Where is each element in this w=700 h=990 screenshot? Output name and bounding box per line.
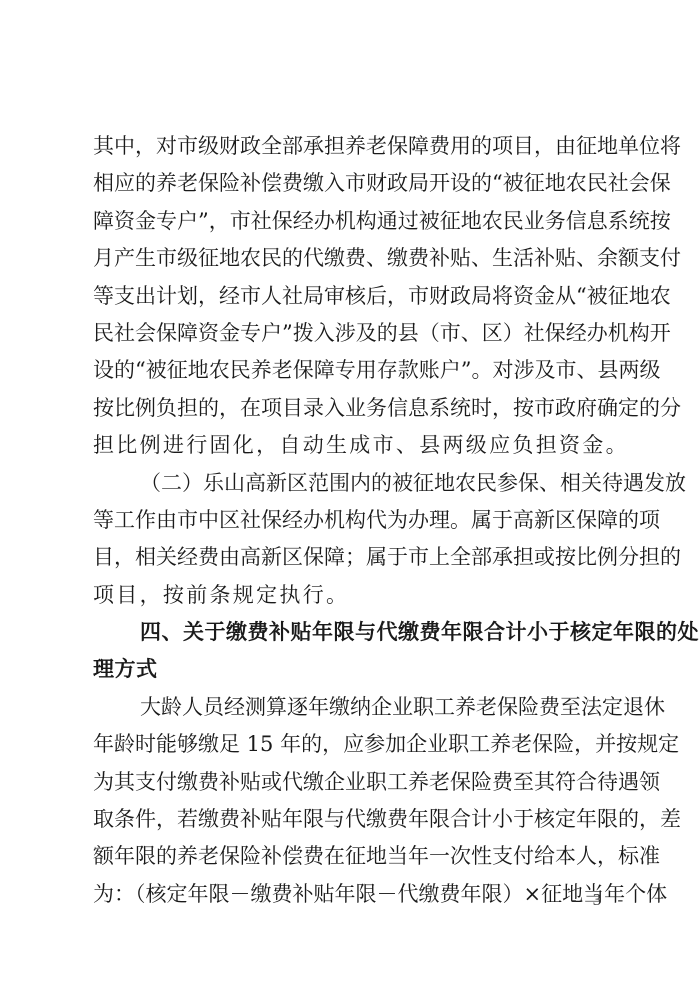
text-line: 大龄人员经测算逐年缴纳企业职工养老保险费至法定退休 [93,689,613,726]
text-line: 等支出计划，经市人社局审核后，市财政局将资金从“被征地农 [93,278,613,315]
section-heading: 四、关于缴费补贴年限与代缴费年限合计小于核定年限的处 [93,614,613,651]
document-body: 其中，对市级财政全部承担养老保障费用的项目，由征地单位将 相应的养老保险补偿费缴… [93,128,613,913]
document-page: 其中，对市级财政全部承担养老保障费用的项目，由征地单位将 相应的养老保险补偿费缴… [0,0,700,990]
text-line: 取条件，若缴费补贴年限与代缴费年限合计小于核定年限的，差 [93,801,613,838]
text-line: 额年限的养老保险补偿费在征地当年一次性支付给本人，标准 [93,838,613,875]
text-line: 相应的养老保险补偿费缴入市财政局开设的“被征地农民社会保 [93,165,613,202]
text-line: 目，相关经费由高新区保障；属于市上全部承担或按比例分担的 [93,539,613,576]
section-heading: 理方式 [93,651,613,688]
text-line: 为：（核定年限－缴费补贴年限－代缴费年限）×征地当年个体 [93,876,613,913]
text-line: 其中，对市级财政全部承担养老保障费用的项目，由征地单位将 [93,128,613,165]
text-line: 为其支付缴费补贴或代缴企业职工养老保险费至其符合待遇领 [93,764,613,801]
text-line: 障资金专户”，市社保经办机构通过被征地农民业务信息系统按 [93,203,613,240]
text-line: 年龄时能够缴足 15 年的，应参加企业职工养老保险，并按规定 [93,726,613,763]
text-line: （二）乐山高新区范围内的被征地农民参保、相关待遇发放 [93,465,613,502]
text-line: 设的“被征地农民养老保障专用存款账户”。对涉及市、县两级 [93,352,613,389]
text-line: 月产生市级征地农民的代缴费、缴费补贴、生活补贴、余额支付 [93,240,613,277]
text-line: 民社会保障资金专户”拨入涉及的县（市、区）社保经办机构开 [93,315,613,352]
page-number: - 3 - [560,890,640,910]
text-line: 等工作由市中区社保经办机构代为办理。属于高新区保障的项 [93,502,613,539]
text-line: 担比例进行固化，自动生成市、县两级应负担资金。 [93,427,613,464]
text-line: 按比例负担的，在项目录入业务信息系统时，按市政府确定的分 [93,390,613,427]
text-line: 项目，按前条规定执行。 [93,577,613,614]
